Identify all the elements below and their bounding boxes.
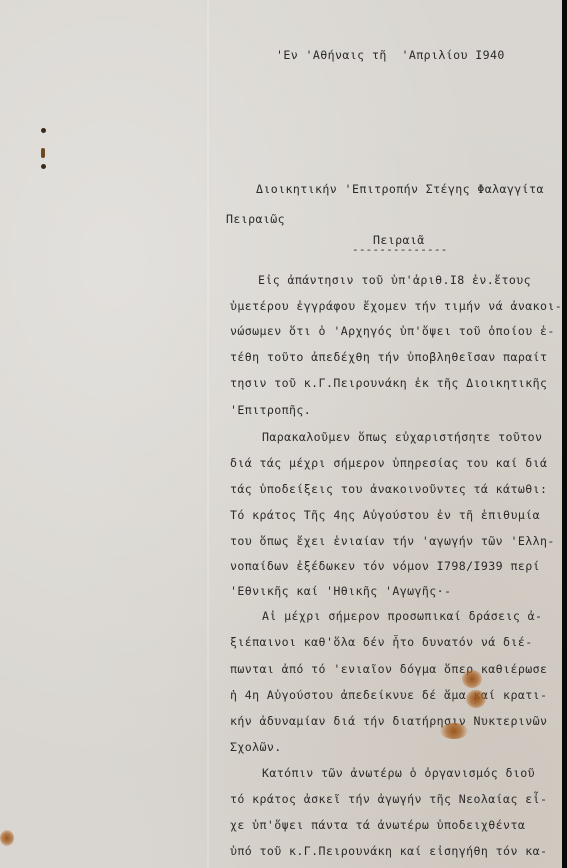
body-line: νοπαίδων ἐξέδωκεν τόν νόμον Ι798/Ι939 πε… xyxy=(230,559,540,573)
body-line: 'Εθνικῆς καί 'Ηθικῆς 'Αγωγῆς·- xyxy=(230,584,451,598)
body-line: Κατόπιν τῶν ἀνωτέρω ὁ ὀργανισμός διοῦ xyxy=(262,766,535,780)
rust-stain xyxy=(462,670,482,688)
body-line: Αἱ μέχρι σήμερον προσωπικαί δράσεις ἀ- xyxy=(262,609,542,623)
body-line: Τό κράτος Τῆς 4ης Αὐγούστου ἐν τῆ ἐπιθυμ… xyxy=(230,508,540,522)
body-line: Εἰς ἀπάντησιν τοῦ ὑπ'ἀριθ.Ι8 ἐν.ἔτους xyxy=(258,273,531,287)
body-line: χε ὑπ'ὄψει πάντα τά ἀνωτέρω ὑποδειχθέντα xyxy=(230,818,525,832)
punch-hole xyxy=(41,128,46,133)
city-underline: -------------- xyxy=(352,243,448,256)
body-line: πωνται ἀπό τό 'ενιαῖον δόγμα ὅπερ καθιέρ… xyxy=(230,662,547,676)
body-line: τό κράτος ἀσκεῖ τήν ἀγωγήν τῆς Νεολαίας … xyxy=(230,792,547,806)
rust-stain xyxy=(0,830,14,846)
body-line: ξιέπαινοι καθ'ὅλα δέν ἦτο δυνατόν νά διέ… xyxy=(230,635,533,649)
date-line: 'Εν 'Αθήναις τῆ 'Απριλίου Ι940 xyxy=(276,48,505,62)
body-line: Παρακαλοῦμεν ὅπως εὐχαριστήσητε τοῦτον xyxy=(262,430,542,444)
recipient-line-1: Διοικητικήν 'Επιτροπήν Στέγης Φαλαγγίτα xyxy=(256,182,544,196)
paper-fold-line xyxy=(207,0,209,868)
body-line: κήν ἀδυναμίαν διά τήν διατήρησιν Νυκτερι… xyxy=(230,714,547,728)
body-line: τησιν τοῦ κ.Γ.Πειρουνάκη ἐκ τῆς Διοικητι… xyxy=(230,376,547,390)
body-line: νώσωμεν ὅτι ὁ 'Αρχηγός ὑπ'ὄψει τοῦ ὁποίο… xyxy=(230,324,555,338)
typewritten-letter-page: 'Εν 'Αθήναις τῆ 'Απριλίου Ι940 Διοικητικ… xyxy=(0,0,562,868)
punch-hole xyxy=(41,148,45,158)
body-line: 'Επιτροπῆς. xyxy=(230,403,311,417)
body-line: τέθη τοῦτο ἀπεδέχθη τήν ὑποβληθεῖσαν παρ… xyxy=(230,350,547,364)
body-line: του ὅπως ἔχει ἑνιαίαν τήν 'αγωγήν τῶν 'Ε… xyxy=(230,534,555,548)
recipient-line-2: Πειραιῶς xyxy=(226,212,285,226)
body-line: διά τάς μέχρι σήμερον ὑπηρεσίας του καί … xyxy=(230,456,547,470)
rust-stain xyxy=(466,690,486,708)
rust-stain xyxy=(440,723,468,739)
scan-border-edge xyxy=(562,0,567,868)
body-line: τάς ὑποδείξεις του ἀνακοινοῦντες τά κάτω… xyxy=(230,482,547,496)
body-line: ὑμετέρου ἐγγράφου ἔχομεν τήν τιμήν νά ἀν… xyxy=(230,299,562,313)
body-line: ἡ 4η Αὐγούστου ἀπεδείκνυε δέ ἅμα καί κρα… xyxy=(230,688,547,702)
punch-hole xyxy=(41,164,46,169)
body-line: Σχολῶν. xyxy=(230,740,282,754)
body-line: ὑπό τοῦ κ.Γ.Πειρουνάκη καί εἰσηγήθη τόν … xyxy=(230,844,547,858)
